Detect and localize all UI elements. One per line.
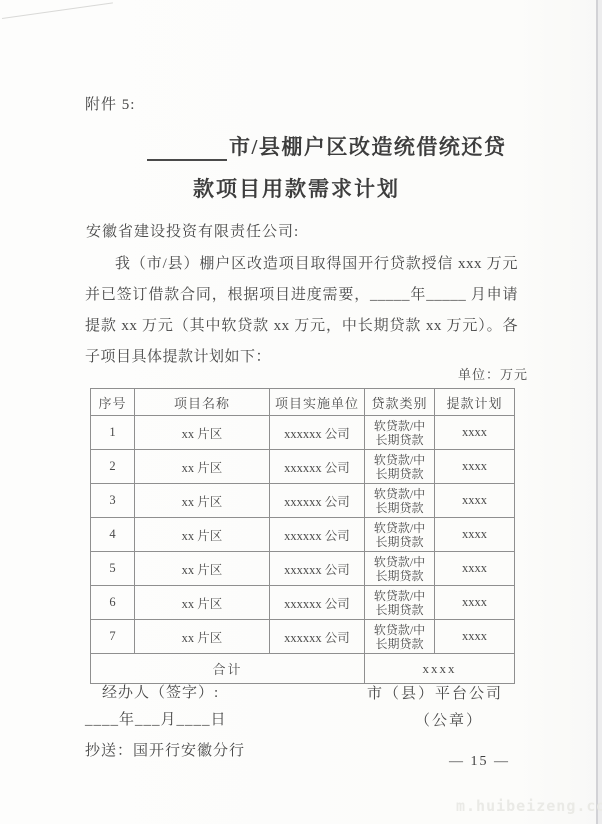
document-title-line2: 款项目用款需求计划 [193, 173, 400, 203]
header-loan-type: 贷款类别 [365, 389, 435, 416]
cell-unit: xxxxxx 公司 [270, 518, 365, 552]
scanned-document-page: m.huibeizeng.com 附件 5: 市/县棚户区改造统借统还贷 款项目… [0, 0, 602, 824]
unit-note: 单位：万元 [85, 364, 528, 383]
table-row: 3 xx 片区 xxxxxx 公司 软贷款/中长期贷款 xxxx [91, 484, 515, 518]
cell-loan-type: 软贷款/中长期贷款 [365, 620, 435, 654]
salutation-line: 安徽省建设投资有限责任公司: [86, 220, 299, 241]
cell-plan: xxxx [435, 450, 515, 484]
cell-loan-type: 软贷款/中长期贷款 [365, 552, 435, 586]
cell-project-name: xx 片区 [135, 552, 270, 586]
cell-serial: 5 [91, 552, 135, 586]
cell-plan: xxxx [435, 586, 515, 620]
cell-project-name: xx 片区 [135, 586, 270, 620]
cell-serial: 4 [91, 518, 135, 552]
handler-signature-label: 经办人（签字）: [102, 681, 219, 702]
cell-loan-type: 软贷款/中长期贷款 [365, 484, 435, 518]
table-row: 4 xx 片区 xxxxxx 公司 软贷款/中长期贷款 xxxx [91, 518, 515, 552]
header-withdrawal-plan: 提款计划 [435, 389, 515, 416]
withdrawal-plan-table: 序号 项目名称 项目实施单位 贷款类别 提款计划 1 xx 片区 xxxxxx … [90, 388, 515, 684]
cell-serial: 1 [91, 416, 135, 450]
cell-plan: xxxx [435, 620, 515, 654]
header-project-name: 项目名称 [135, 389, 270, 416]
total-value: xxxx [365, 654, 515, 684]
cell-plan: xxxx [435, 416, 515, 450]
table-row: 5 xx 片区 xxxxxx 公司 软贷款/中长期贷款 xxxx [91, 552, 515, 586]
cell-project-name: xx 片区 [135, 620, 270, 654]
cell-project-name: xx 片区 [135, 450, 270, 484]
cell-project-name: xx 片区 [135, 484, 270, 518]
official-seal-label: （公章） [415, 709, 483, 730]
platform-company-label: 市（县）平台公司 [367, 682, 503, 703]
table-header-row: 序号 项目名称 项目实施单位 贷款类别 提款计划 [91, 389, 515, 416]
cell-serial: 7 [91, 620, 135, 654]
cc-line: 抄送：国开行安徽分行 [85, 739, 245, 760]
document-title-line1-text: 市/县棚户区改造统借统还贷 [229, 135, 506, 159]
date-blank-line: ____年___月____日 [85, 708, 227, 729]
scan-artifact-page-edge-shade [598, 0, 602, 824]
scan-artifact-page-edge-line [596, 0, 598, 824]
cell-loan-type: 软贷款/中长期贷款 [365, 450, 435, 484]
cell-serial: 6 [91, 586, 135, 620]
watermark-text: m.huibeizeng.com [456, 797, 602, 815]
table-row: 7 xx 片区 xxxxxx 公司 软贷款/中长期贷款 xxxx [91, 620, 515, 654]
cell-loan-type: 软贷款/中长期贷款 [365, 518, 435, 552]
cell-loan-type: 软贷款/中长期贷款 [365, 586, 435, 620]
cell-project-name: xx 片区 [135, 416, 270, 450]
table-row: 1 xx 片区 xxxxxx 公司 软贷款/中长期贷款 xxxx [91, 416, 515, 450]
cell-unit: xxxxxx 公司 [270, 484, 365, 518]
cell-plan: xxxx [435, 484, 515, 518]
cell-project-name: xx 片区 [135, 518, 270, 552]
total-label: 合计 [91, 654, 365, 684]
body-paragraph: 我（市/县）棚户区改造项目取得国开行贷款授信 xxx 万元并已签订借款合同，根据… [85, 249, 518, 373]
cell-unit: xxxxxx 公司 [270, 450, 365, 484]
table-total-row: 合计 xxxx [91, 654, 515, 684]
cell-serial: 2 [91, 450, 135, 484]
cell-plan: xxxx [435, 552, 515, 586]
cell-unit: xxxxxx 公司 [270, 620, 365, 654]
document-title-line1: 市/县棚户区改造统借统还贷 [147, 131, 506, 161]
page-number: — 15 — [449, 754, 510, 770]
header-serial-number: 序号 [91, 389, 135, 416]
cell-unit: xxxxxx 公司 [270, 416, 365, 450]
cell-plan: xxxx [435, 518, 515, 552]
header-implementing-unit: 项目实施单位 [270, 389, 365, 416]
cell-loan-type: 软贷款/中长期贷款 [365, 416, 435, 450]
table-row: 2 xx 片区 xxxxxx 公司 软贷款/中长期贷款 xxxx [91, 450, 515, 484]
title-blank-underline [147, 142, 227, 161]
cell-unit: xxxxxx 公司 [270, 586, 365, 620]
attachment-label: 附件 5: [85, 93, 135, 114]
table-row: 6 xx 片区 xxxxxx 公司 软贷款/中长期贷款 xxxx [91, 586, 515, 620]
cell-serial: 3 [91, 484, 135, 518]
scan-artifact-diagonal-line [2, 2, 113, 19]
cell-unit: xxxxxx 公司 [270, 552, 365, 586]
